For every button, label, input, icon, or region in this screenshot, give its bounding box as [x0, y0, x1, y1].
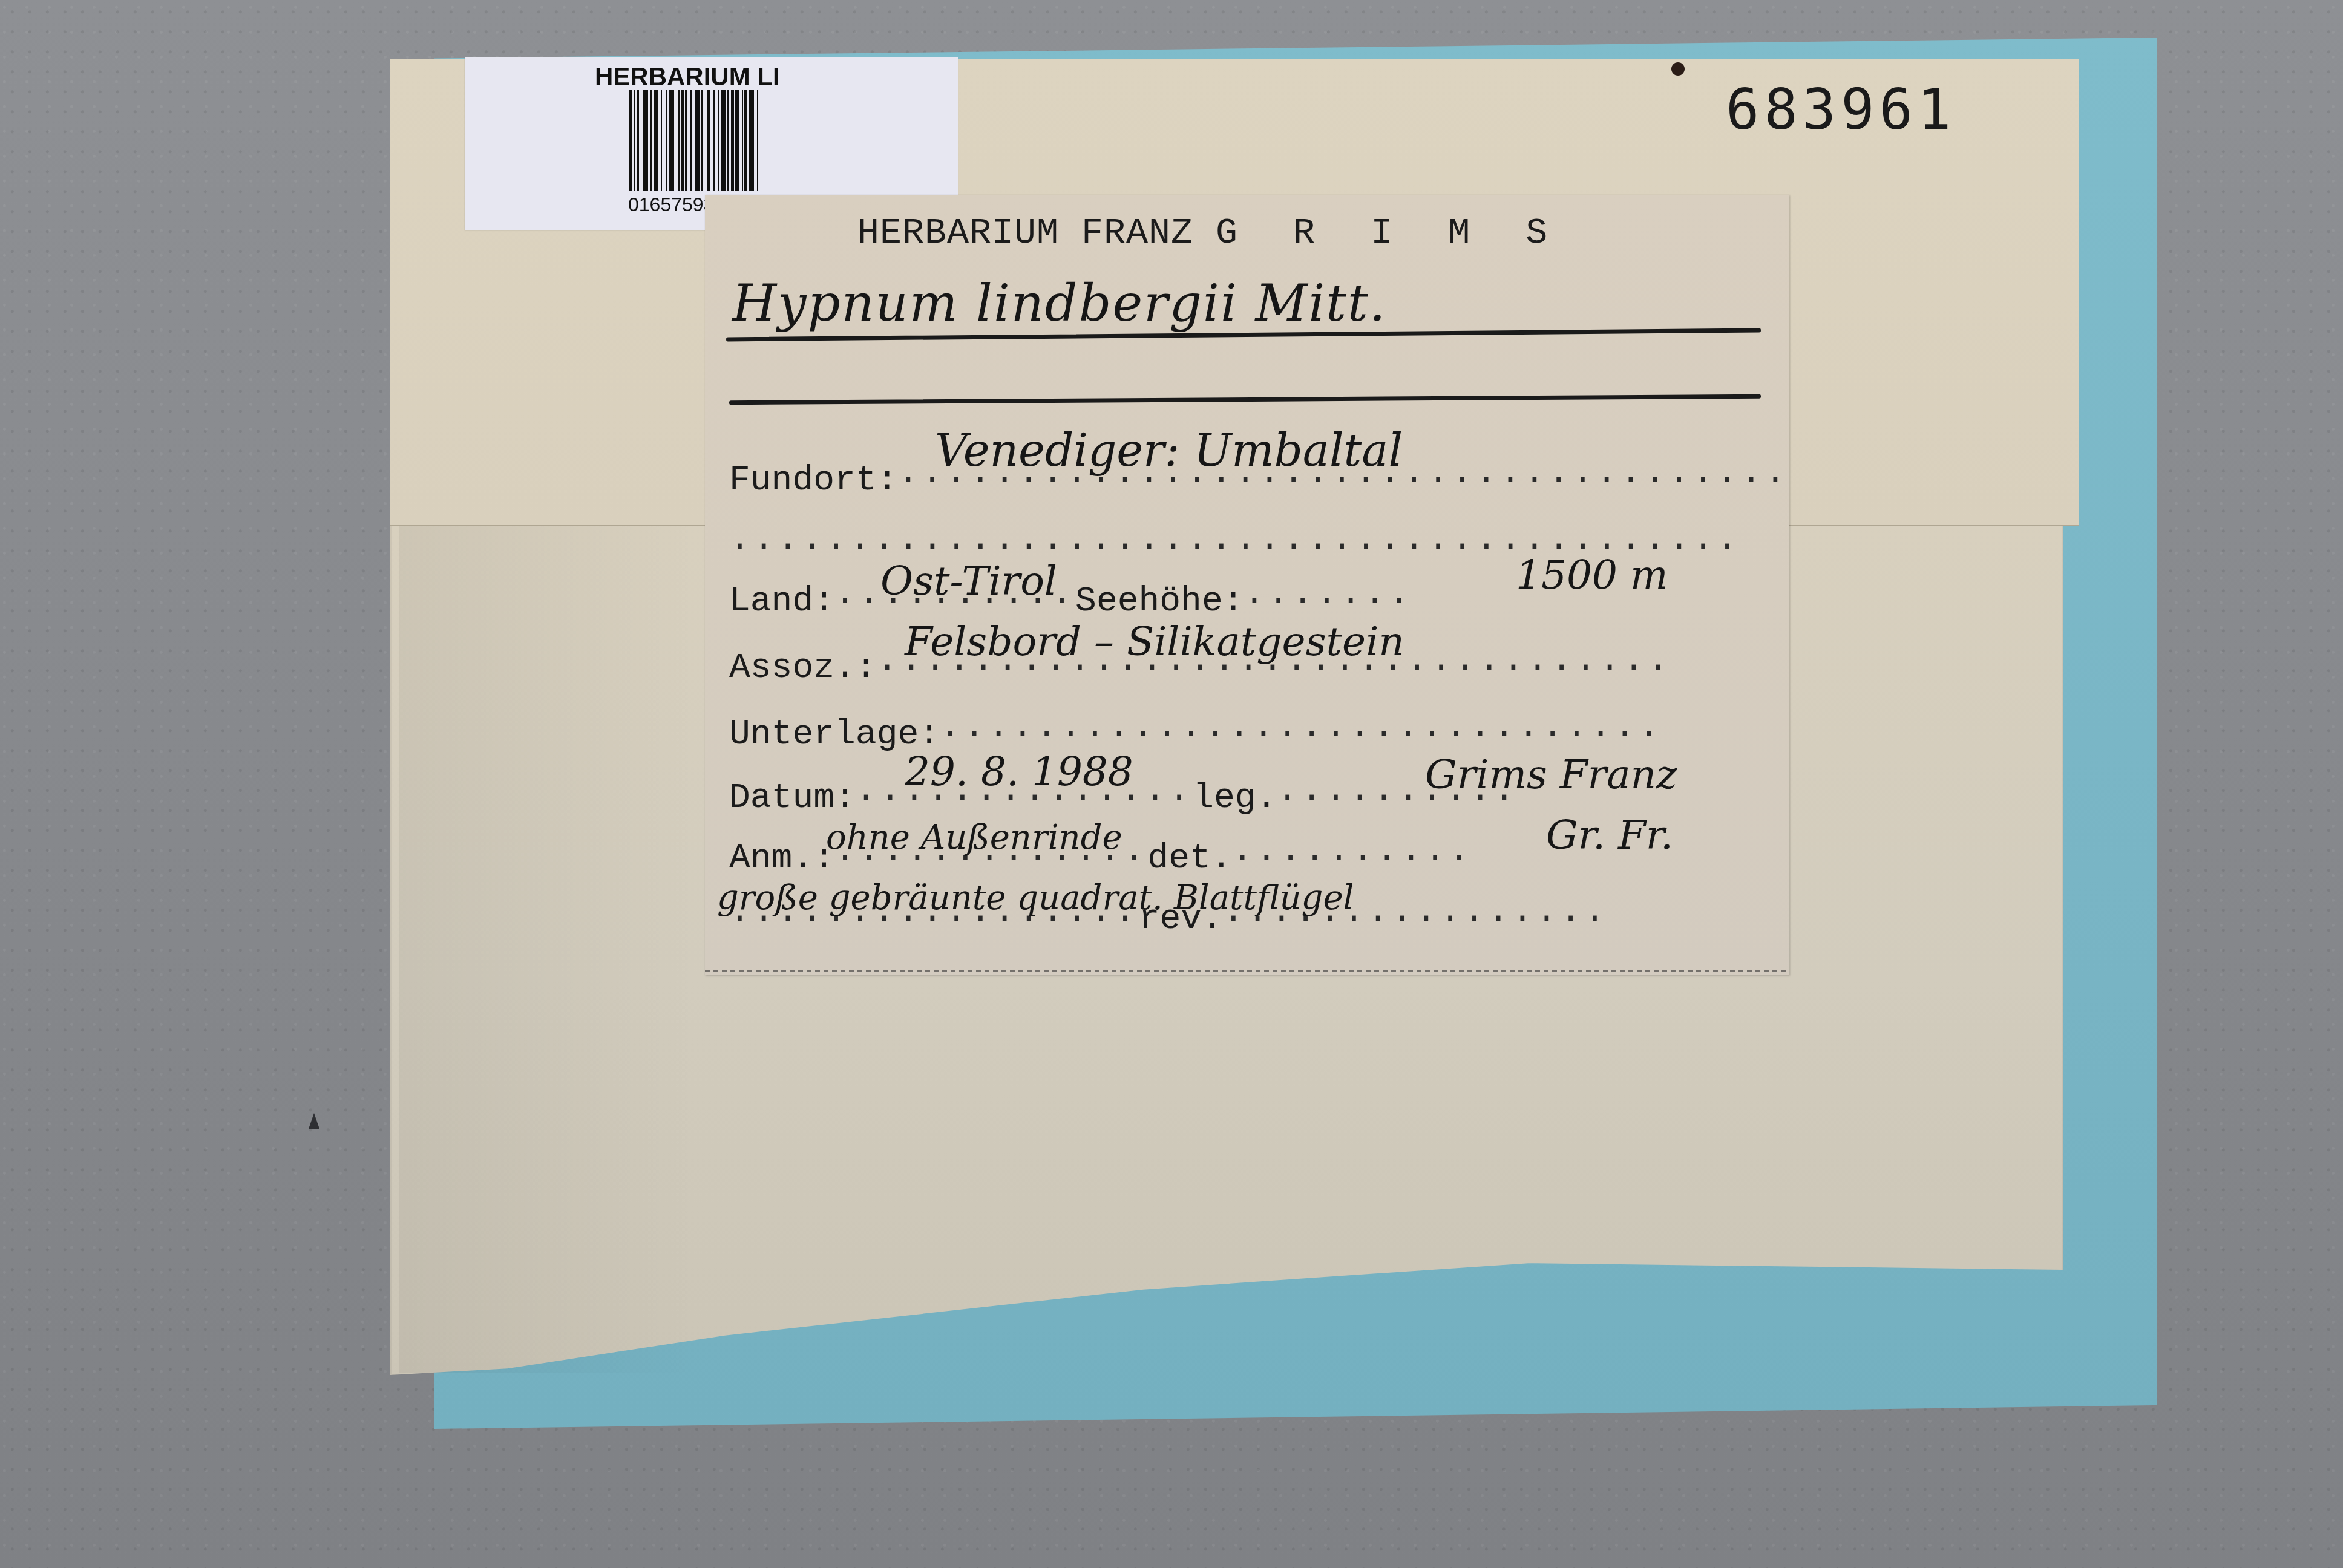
seehoehe-label: Seehöhe:: [1075, 582, 1244, 621]
header-collector: G R I M S: [1216, 213, 1564, 254]
assoz-label: Assoz.:: [729, 648, 877, 688]
land-label: Land:: [729, 582, 834, 621]
field-land: Land:··········Seehöhe:·······: [729, 582, 1412, 621]
label-header: HERBARIUM FRANZ G R I M S: [857, 213, 1564, 254]
envelope-shading: [399, 526, 702, 1373]
leg-label: leg.: [1193, 779, 1277, 818]
barcode-number: 01657593: [628, 194, 714, 216]
datum-value: 29. 8. 1988: [905, 748, 1133, 795]
barcode: [629, 90, 762, 191]
barcode-institution: HERBARIUM LI: [595, 62, 780, 91]
det-label: det.: [1148, 839, 1232, 878]
label-bottom-rule: [705, 970, 1789, 972]
anm-value: ohne Außenrinde: [826, 818, 1122, 857]
header-herbarium: HERBARIUM FRANZ: [857, 213, 1193, 254]
anm-label: Anm.:: [729, 839, 834, 878]
seehoehe-value: 1500 m: [1516, 552, 1668, 598]
anm-continuation: große gebräunte quadrat. Blattflügel: [717, 878, 1354, 918]
field-unterlage: Unterlage:······························: [729, 715, 1662, 754]
fundort-value: Venediger: Umbaltal: [935, 425, 1403, 477]
datum-label: Datum:: [729, 779, 856, 818]
land-value: Ost-Tirol: [880, 558, 1057, 604]
species-name: Hypnum lindbergii Mitt.: [732, 273, 1387, 333]
catalog-number: 683961: [1726, 77, 1956, 142]
felt-speck: [309, 1113, 319, 1129]
leg-value: Grims Franz: [1425, 751, 1677, 798]
divider-rule: [729, 394, 1761, 405]
ink-dot: [1671, 62, 1685, 76]
fundort-label: Fundort:: [729, 461, 897, 500]
specimen-label: HERBARIUM FRANZ G R I M S Hypnum lindber…: [705, 195, 1789, 975]
assoz-value: Felsbord – Silikatgestein: [905, 618, 1404, 665]
det-value: Gr. Fr.: [1546, 812, 1673, 858]
